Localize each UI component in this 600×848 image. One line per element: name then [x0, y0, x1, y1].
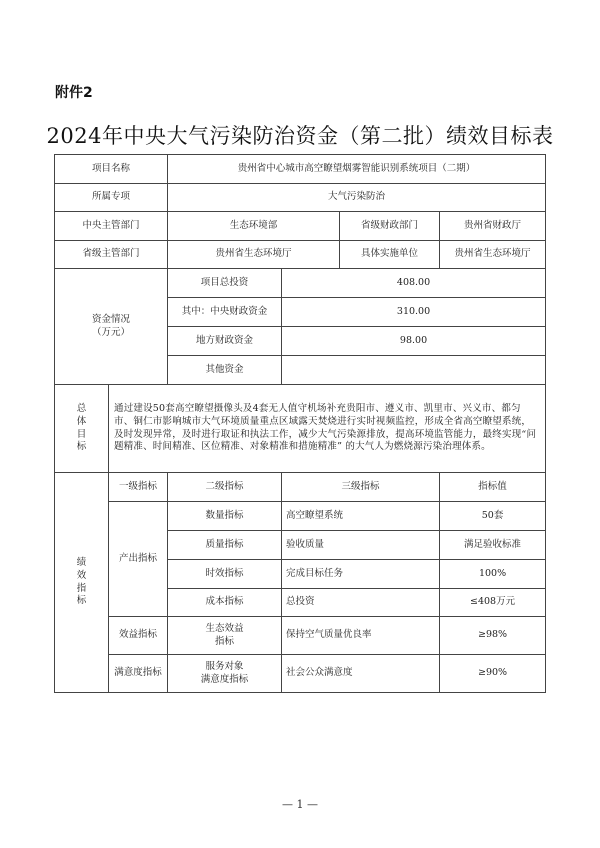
funding-other-label: 其他资金: [168, 356, 282, 385]
funding-central-label: 其中：中央财政资金: [168, 298, 282, 327]
level2-cell: 服务对象 满意度指标: [168, 655, 282, 693]
performance-section-label: 绩 效 指 标: [55, 473, 109, 693]
provincial-finance-label: 省级财政部门: [340, 212, 440, 241]
funding-total-label: 项目总投资: [168, 269, 282, 298]
row-category: 所属专项 大气污染防治: [55, 184, 546, 212]
overall-goal-text: 通过建设50套高空瞭望摄像头及4套无人值守机场补充贵阳市、遵义市、凯里市、兴义市…: [109, 385, 546, 473]
provincial-dept-label: 省级主管部门: [55, 241, 168, 269]
funding-other-value: [282, 356, 546, 385]
level3-cell: 社会公众满意度: [282, 655, 440, 693]
row-funding-total: 资金情况 （万元） 项目总投资 408.00: [55, 269, 546, 298]
funding-local-label: 地方财政资金: [168, 327, 282, 356]
header-level1: 一级指标: [109, 473, 168, 502]
category-label: 所属专项: [55, 184, 168, 212]
value-cell: ≤408万元: [440, 589, 546, 617]
level2-cell: 时效指标: [168, 560, 282, 589]
row-central-dept: 中央主管部门 生态环境部 省级财政部门 贵州省财政厅: [55, 212, 546, 241]
page-number: — 1 —: [0, 798, 600, 811]
row-overall-goal: 总 体 目 标 通过建设50套高空瞭望摄像头及4套无人值守机场补充贵阳市、遵义市…: [55, 385, 546, 473]
funding-local-value: 98.00: [282, 327, 546, 356]
project-name-value: 贵州省中心城市高空瞭望烟雾智能识别系统项目（二期）: [168, 155, 546, 184]
header-level2: 二级指标: [168, 473, 282, 502]
value-cell: 满足验收标准: [440, 531, 546, 560]
row-indicator: 满意度指标 服务对象 满意度指标 社会公众满意度 ≥90%: [55, 655, 546, 693]
value-cell: 50套: [440, 502, 546, 531]
performance-goal-table: 项目名称 贵州省中心城市高空瞭望烟雾智能识别系统项目（二期） 所属专项 大气污染…: [54, 154, 546, 693]
level3-cell: 保持空气质量优良率: [282, 617, 440, 655]
funding-label-line2: （万元）: [59, 327, 163, 340]
provincial-dept-value: 贵州省生态环境厅: [168, 241, 340, 269]
funding-central-value: 310.00: [282, 298, 546, 327]
attachment-label: 附件2: [55, 82, 93, 102]
level3-cell: 高空瞭望系统: [282, 502, 440, 531]
overall-goal-label: 总 体 目 标: [55, 385, 109, 473]
row-performance-header: 绩 效 指 标 一级指标 二级指标 三级指标 指标值: [55, 473, 546, 502]
implementer-label: 具体实施单位: [340, 241, 440, 269]
implementer-value: 贵州省生态环境厅: [440, 241, 546, 269]
value-cell: 100%: [440, 560, 546, 589]
header-level3: 三级指标: [282, 473, 440, 502]
level3-cell: 完成目标任务: [282, 560, 440, 589]
provincial-finance-value: 贵州省财政厅: [440, 212, 546, 241]
level2-cell: 生态效益 指标: [168, 617, 282, 655]
funding-section-label: 资金情况 （万元）: [55, 269, 168, 385]
level3-cell: 验收质量: [282, 531, 440, 560]
level1-satisfaction: 满意度指标: [109, 655, 168, 693]
value-cell: ≥90%: [440, 655, 546, 693]
document-title: 2024年中央大气污染防治资金（第二批）绩效目标表: [0, 120, 600, 150]
funding-total-value: 408.00: [282, 269, 546, 298]
row-indicator: 产出指标 数量指标 高空瞭望系统 50套: [55, 502, 546, 531]
level3-cell: 总投资: [282, 589, 440, 617]
project-name-label: 项目名称: [55, 155, 168, 184]
level1-benefit: 效益指标: [109, 617, 168, 655]
central-dept-label: 中央主管部门: [55, 212, 168, 241]
row-project-name: 项目名称 贵州省中心城市高空瞭望烟雾智能识别系统项目（二期）: [55, 155, 546, 184]
central-dept-value: 生态环境部: [168, 212, 340, 241]
value-cell: ≥98%: [440, 617, 546, 655]
row-provincial-dept: 省级主管部门 贵州省生态环境厅 具体实施单位 贵州省生态环境厅: [55, 241, 546, 269]
header-value: 指标值: [440, 473, 546, 502]
category-value: 大气污染防治: [168, 184, 546, 212]
level1-output: 产出指标: [109, 502, 168, 617]
funding-label-line1: 资金情况: [59, 314, 163, 327]
level2-cell: 成本指标: [168, 589, 282, 617]
level2-cell: 数量指标: [168, 502, 282, 531]
row-indicator: 效益指标 生态效益 指标 保持空气质量优良率 ≥98%: [55, 617, 546, 655]
level2-cell: 质量指标: [168, 531, 282, 560]
